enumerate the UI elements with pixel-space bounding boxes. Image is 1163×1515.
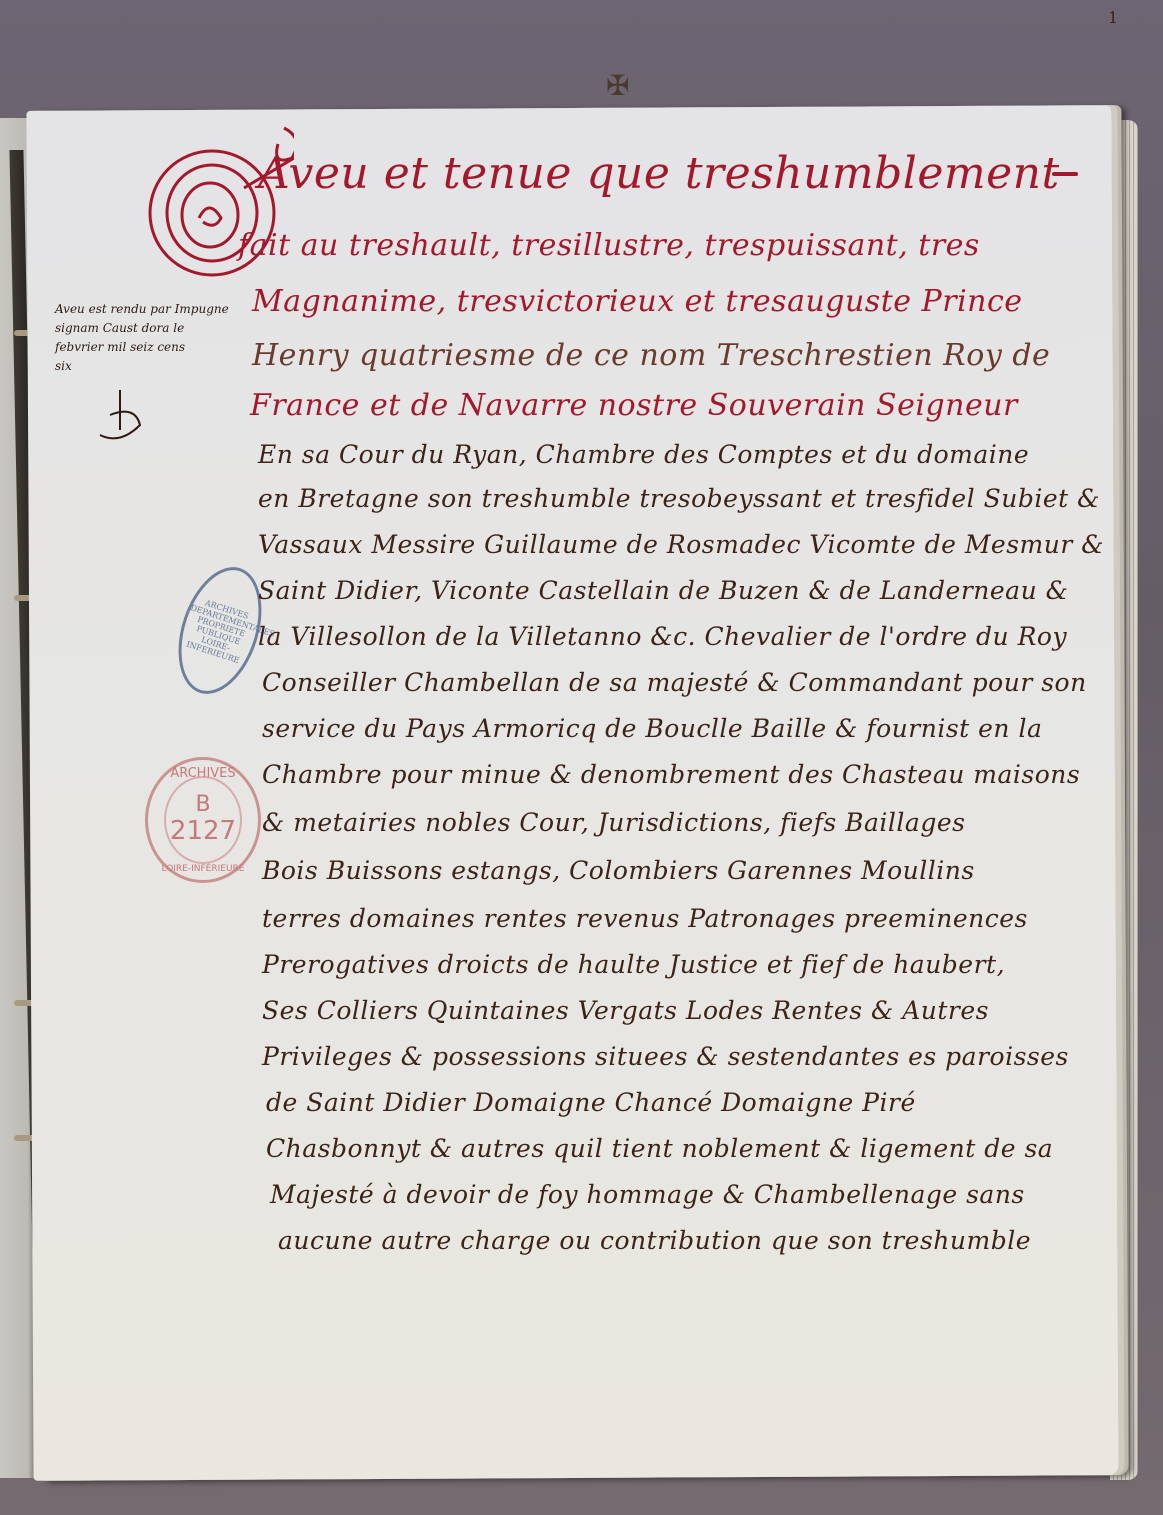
body-line: service du Pays Armoricq de Bouclle Bail… [262, 714, 1042, 743]
stamp-region: LOIRE-INFÉRIEURE [148, 864, 258, 874]
margin-note-line: Aveu est rendu par Impugne [55, 300, 245, 319]
margin-note-line: signam Caust dora le [55, 319, 245, 338]
folio-number: 1 [1108, 8, 1118, 27]
stamp-series: B [148, 792, 258, 817]
body-line: Privileges & possessions situees & seste… [262, 1042, 1069, 1071]
body-line: de Saint Didier Domaigne Chancé Domaigne… [266, 1088, 916, 1117]
heading-line: France et de Navarre nostre Souverain Se… [250, 388, 1018, 423]
body-line: Saint Didier, Viconte Castellain de Buze… [258, 576, 1068, 605]
stamp-number: 2127 [148, 816, 258, 846]
body-line: Chambre pour minue & denombrement des Ch… [262, 760, 1080, 789]
body-line: aucune autre charge ou contribution que … [278, 1226, 1031, 1255]
heading-line: Aveu et tenue que treshumblement [258, 148, 1060, 199]
body-line: En sa Cour du Ryan, Chambre des Comptes … [258, 440, 1029, 469]
heading-line: Henry quatriesme de ce nom Treschrestien… [252, 338, 1050, 373]
line-filler-dash [1052, 172, 1078, 176]
margin-note-line: febvrier mil seiz cens [55, 338, 245, 357]
body-line: & metairies nobles Cour, Jurisdictions, … [262, 808, 965, 837]
body-line: en Bretagne son treshumble tresobeyssant… [258, 484, 1100, 513]
body-line: la Villesollon de la Villetanno &c. Chev… [258, 622, 1067, 651]
body-line: Majesté à devoir de foy hommage & Chambe… [270, 1180, 1025, 1209]
signature-flourish-icon [90, 385, 170, 445]
body-line: Bois Buissons estangs, Colombiers Garenn… [262, 856, 975, 885]
margin-annotation: Aveu est rendu par Impugne signam Caust … [55, 300, 245, 376]
body-line: Conseiller Chambellan de sa majesté & Co… [262, 668, 1087, 697]
archive-stamp-red: ARCHIVES B 2127 LOIRE-INFÉRIEURE [145, 757, 261, 883]
body-line: Vassaux Messire Guillaume de Rosmadec Vi… [258, 530, 1104, 559]
body-line: Prerogatives droicts de haulte Justice e… [262, 950, 1005, 979]
body-line: terres domaines rentes revenus Patronage… [262, 904, 1028, 933]
body-line: Chasbonnyt & autres quil tient noblement… [266, 1134, 1053, 1163]
heading-line: fait au treshault, tresillustre, trespui… [238, 228, 980, 263]
stamp-title: ARCHIVES [148, 766, 258, 781]
margin-note-line: six [55, 357, 245, 376]
cross-icon: ✠ [606, 72, 629, 100]
body-line: Ses Colliers Quintaines Vergats Lodes Re… [262, 996, 989, 1025]
heading-line: Magnanime, tresvictorieux et tresauguste… [252, 284, 1023, 319]
